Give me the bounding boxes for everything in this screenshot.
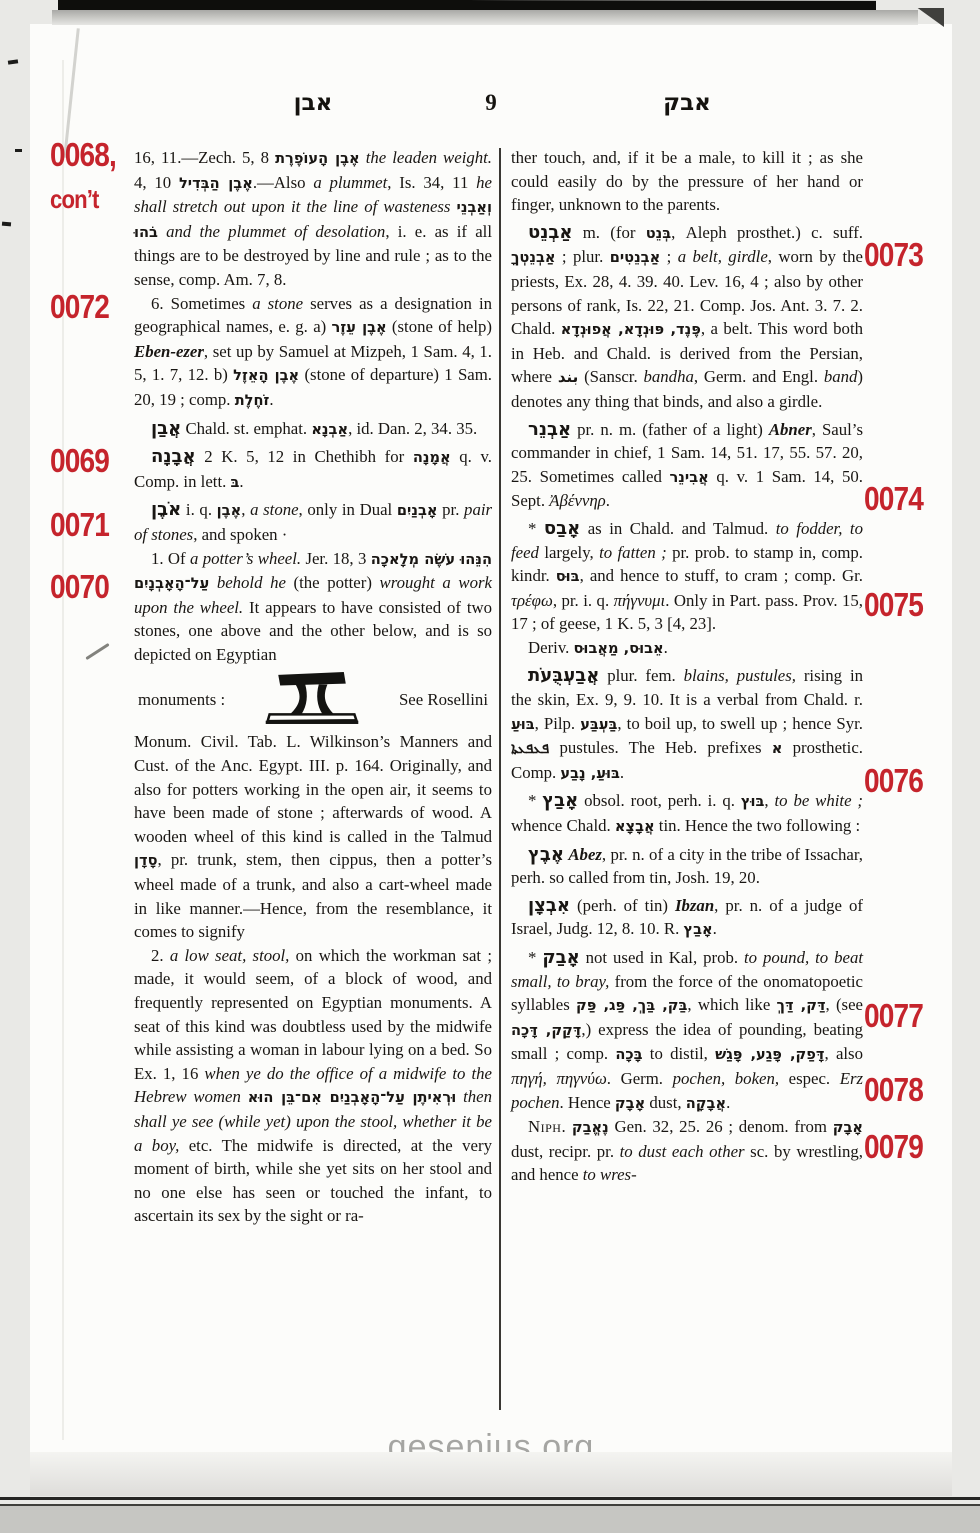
entry-0078: אִבְצָן (perh. of tin) Ibzan, pr. n. of … <box>511 894 863 942</box>
text-segment: Jer. 18, 3 <box>301 549 371 568</box>
text-segment: , Aleph prosthet.) c. suff. <box>671 223 863 242</box>
text-segment: to distil, <box>643 1044 716 1063</box>
text-segment: Niph. <box>528 1117 566 1136</box>
text-segment: , id. Dan. 2, 34. 35. <box>348 419 477 438</box>
hebrew-text: בַּק, בַּךְ, פַּג, פַּק <box>576 997 687 1014</box>
text-segment: to fatten ; <box>599 543 667 562</box>
hebrew-text: בַּעְבַּע <box>580 716 617 733</box>
text-segment: whence Chald. <box>511 816 615 835</box>
syriac-text: ܦܥܦܥܬܐ <box>511 739 549 757</box>
text-segment: blains, pustules, <box>684 666 796 685</box>
text-segment: pustules. The Heb. prefixes <box>549 738 771 757</box>
text-segment: a plummet <box>313 173 387 192</box>
text-segment: to dust each other <box>620 1142 745 1161</box>
text-segment: , pr. trunk, stem, then cippus, then a p… <box>134 850 492 941</box>
text-segment: i. q. <box>181 500 216 519</box>
hebrew-text: אָבָק <box>833 1119 863 1136</box>
hebrew-text: דָּקַק, דָּכָה <box>511 1022 581 1039</box>
hebrew-text: בּוּץ <box>741 793 765 810</box>
text-segment: .—Also <box>253 173 313 192</box>
text-segment: espec. <box>779 1069 840 1088</box>
hebrew-text: דָּפַק, פָּגַע, פָּגַשׁ <box>715 1046 824 1063</box>
text-segment: (Sanscr. <box>578 367 643 386</box>
text-segment: band <box>824 367 858 386</box>
figure-right-label: See Rosellini <box>399 688 488 712</box>
entry-0077: אֶבֶץ Abez, pr. n. of a city in the trib… <box>511 843 863 890</box>
niphal-paragraph: Niph. נֶאֱבַק Gen. 32, 25. 26 ; denom. f… <box>511 1115 863 1187</box>
hebrew-text: א <box>772 740 783 757</box>
hebrew-text: אֲבַעְבֻּעֹת <box>528 665 599 686</box>
entry-abats-root: * אָבַץ obsol. root, perh. i. q. בּוּץ, … <box>511 789 863 838</box>
hebrew-text: אַבְנֵטְךָ <box>511 249 555 266</box>
text-segment: ther touch, and, if it be a male, to kil… <box>511 148 863 214</box>
potters-wheel-references: Monum. Civil. Tab. L. Wilkinson’s Manner… <box>134 730 492 943</box>
arabic-text: بند <box>558 368 578 386</box>
text-segment: obsol. root, perh. i. q. <box>578 791 741 810</box>
text-segment: , only in Dual <box>299 500 397 519</box>
text-segment: , which like <box>687 995 776 1014</box>
text-segment: a stone <box>250 500 298 519</box>
left-text-column: 16, 11.—Zech. 5, 8 אֶבֶן הָעוֹפֶרֶת the … <box>134 146 492 1228</box>
margin-annotation-0069: 0069 <box>50 444 109 477</box>
entry-0070: אֹבֶן i. q. אֶבֶן, a stone, only in Dual… <box>134 498 492 546</box>
hebrew-text: אֶבֶן הָאֵזֶל <box>233 367 299 384</box>
text-segment: Abez <box>568 845 602 864</box>
text-segment: * <box>528 519 544 538</box>
hebrew-text: אֶבֶן <box>217 502 242 519</box>
hebrew-text: אֶבֶן עֵזֶר <box>332 319 387 336</box>
hebrew-text: אָבַץ <box>542 790 578 811</box>
text-segment: Ibzan <box>675 896 714 915</box>
hebrew-text: אָבְנַיִם <box>397 502 438 519</box>
sense-2-low-seat-stool: 2. a low seat, stool, on which the workm… <box>134 944 492 1228</box>
hebrew-text: אֲבָקָה <box>686 1095 726 1112</box>
greek-text: Ἀβέννηρ <box>549 491 606 510</box>
text-segment: . <box>726 1093 730 1112</box>
hebrew-text: דַּק, דַּךְ <box>777 997 826 1014</box>
column-divider-rule <box>499 148 501 1410</box>
running-head-right-keyword: אבק <box>511 90 863 116</box>
text-segment: pochen, boken, <box>673 1069 780 1088</box>
hebrew-text: בּוּס <box>556 568 580 585</box>
text-segment: , Is. 34, 11 <box>387 173 476 192</box>
entry-0075: * אָבַס as in Chald. and Talmud. to fodd… <box>511 517 863 636</box>
text-segment: a stone <box>252 294 303 313</box>
scan-artifact-bottom-rule <box>0 1497 980 1500</box>
greek-text: πηγή, πηγνύω <box>511 1069 607 1088</box>
text-segment: behold he <box>217 573 286 592</box>
text-segment: . <box>239 472 243 491</box>
text-segment: . <box>664 638 668 657</box>
text-segment: etc. The midwife is directed, at the ver… <box>134 1136 492 1226</box>
text-segment <box>241 1087 248 1106</box>
text-segment: pr. n. m. (father of a light) <box>571 420 769 439</box>
text-segment: , Germ. and Engl. <box>694 367 824 386</box>
margin-annotation-0076: 0076 <box>864 764 923 797</box>
text-segment: . <box>620 763 624 782</box>
margin-annotation-0074: 0074 <box>864 482 923 515</box>
hebrew-text: אַבְנֵטִים <box>610 249 661 266</box>
hebrew-text: אֲמָנָה <box>413 449 451 466</box>
margin-annotation-0078: 0078 <box>864 1073 923 1106</box>
text-segment: . Germ. <box>607 1069 673 1088</box>
left-column-lower-paragraphs: Monum. Civil. Tab. L. Wilkinson’s Manner… <box>134 730 492 1227</box>
text-segment: (stone of help) <box>387 317 492 336</box>
hebrew-text: אֶבֶן הַבְּדִיל <box>179 175 253 192</box>
entry-0076: אֲבַעְבֻּעֹת plur. fem. blains, pustules… <box>511 664 863 785</box>
text-segment: (the potter) <box>286 573 380 592</box>
scan-artifact-tick <box>8 59 18 64</box>
entry-0071: אֲבָנָה 2 K. 5, 12 in Chethibh for אֲמָנ… <box>134 445 492 494</box>
hebrew-text: אֶבֶן הָעוֹפֶרֶת <box>275 150 360 167</box>
hebrew-text: וּרְאִיתֶן עַל־הָאָבְנַיִם אִם־בֵּן הוּא <box>248 1089 457 1106</box>
margin-annotation-0075: 0075 <box>864 588 923 621</box>
text-segment: , also <box>824 1044 863 1063</box>
hebrew-text: אֵבוּס, מַאֲבוּס <box>574 640 664 657</box>
text-segment: . <box>606 491 610 510</box>
hebrew-text: זֹחֶלֶת <box>235 392 270 409</box>
hebrew-text: אֲבִינֵר <box>670 469 709 486</box>
text-segment: . <box>713 919 717 938</box>
text-segment: , <box>764 791 774 810</box>
hebrew-text: בְּנֵט <box>646 225 671 242</box>
margin-annotation-0071: 0071 <box>50 508 109 541</box>
text-segment: ; plur. <box>555 247 609 266</box>
right-column-paragraphs: ther touch, and, if it be a male, to kil… <box>511 146 863 1187</box>
hebrew-text: בּוּעַ, נָבַע <box>560 765 619 782</box>
greek-text: πήγνυμι <box>614 591 666 610</box>
left-annotation-rail: 0068,con’t0072006900710070 <box>50 0 170 1533</box>
entry-0073: אַבְנֵט m. (for בְּנֵט, Aleph prosthet.)… <box>511 221 863 414</box>
entry-0068-continuation: 16, 11.—Zech. 5, 8 אֶבֶן הָעוֹפֶרֶת the … <box>134 146 492 292</box>
text-segment: pr. <box>437 500 464 519</box>
text-segment: Monum. Civil. Tab. L. Wilkinson’s Manner… <box>134 732 492 845</box>
hebrew-text: אַבְנָא <box>311 421 348 438</box>
hebrew-text: נֶאֱבַק <box>572 1119 609 1136</box>
margin-annotation-0072: 0072 <box>50 290 109 323</box>
entry-0079: * אָבַק not used in Kal, prob. to pound,… <box>511 946 863 1115</box>
potters-wheel-figure-row: monuments : See Rosellini <box>134 672 492 726</box>
text-segment: dust, recipr. pr. <box>511 1142 620 1161</box>
hebrew-text: אָבַס <box>544 518 580 539</box>
hebrew-text: בָּכָה <box>615 1046 642 1063</box>
text-segment: on which the workman sat ; made, it woul… <box>134 946 492 1083</box>
text-segment: Chald. st. emphat. <box>181 419 311 438</box>
margin-annotation-cont: con’t <box>50 186 99 212</box>
text-segment: the leaden weight. <box>360 148 492 167</box>
hebrew-text: אָבַץ <box>683 921 712 938</box>
sense-6-geographical-names: 6. Sometimes a stone serves as a designa… <box>134 292 492 413</box>
text-segment: plur. fem. <box>599 666 683 685</box>
greek-text: τρέφω <box>511 591 553 610</box>
scan-artifact-top-band <box>52 10 918 25</box>
hebrew-text: אַבְנֵר <box>528 419 571 440</box>
text-segment: , pr. i. q. <box>553 591 614 610</box>
text-segment: a belt, girdle <box>678 247 768 266</box>
text-segment: to be white ; <box>775 791 864 810</box>
text-segment: largely, <box>539 543 599 562</box>
text-segment: a potter’s wheel. <box>190 549 301 568</box>
left-column-upper-paragraphs: 16, 11.—Zech. 5, 8 אֶבֶן הָעוֹפֶרֶת the … <box>134 146 492 666</box>
margin-annotation-0079: 0079 <box>864 1130 923 1163</box>
hebrew-text: פֶּנֶד, פּוּנְדָא, אֲפוּנְדָא <box>561 321 701 338</box>
right-annotation-rail: 0073007400750076007700780079 <box>864 0 980 1533</box>
margin-annotation-0068: 0068, <box>50 138 116 171</box>
hebrew-text: אֶבֶץ <box>528 844 564 865</box>
text-segment: , to boil up, to swell up ; hence Syr. <box>617 714 863 733</box>
text-segment: m. (for <box>572 223 645 242</box>
hebrew-text: אָבָק <box>615 1095 645 1112</box>
text-segment: and the plummet of desolation <box>158 222 385 241</box>
text-segment: Abner <box>769 420 812 439</box>
hebrew-text: אָבַק <box>542 947 579 968</box>
text-segment: to wres- <box>583 1165 637 1184</box>
text-segment: , and spoken · <box>193 525 287 544</box>
text-segment: , (see <box>826 995 863 1014</box>
text-segment <box>209 573 217 592</box>
margin-annotation-0077: 0077 <box>864 999 923 1032</box>
text-segment: * <box>528 948 542 967</box>
scan-artifact-tick <box>2 222 11 227</box>
scan-artifact-bottom-fade <box>30 1452 952 1496</box>
text-segment: a low seat, stool, <box>170 946 290 965</box>
deriv-line: Deriv. אֵבוּס, מַאֲבוּס. <box>511 636 863 661</box>
text-segment: Gen. 32, 25. 26 ; denom. from <box>609 1117 833 1136</box>
text-segment: * <box>528 791 542 810</box>
scan-artifact-bottom-band <box>0 1506 980 1533</box>
text-segment: bandha <box>644 367 694 386</box>
entry-0069: אֲבַן Chald. st. emphat. אַבְנָא, id. Da… <box>134 417 492 442</box>
hebrew-text: אִבְצָן <box>528 895 570 916</box>
carryover-text: ther touch, and, if it be a male, to kil… <box>511 146 863 217</box>
entry-0074: אַבְנֵר pr. n. m. (father of a light) Ab… <box>511 418 863 513</box>
text-segment: Deriv. <box>528 638 574 657</box>
hebrew-text: אַבְנֵט <box>528 222 572 243</box>
right-text-column: ther touch, and, if it be a male, to kil… <box>511 146 863 1187</box>
text-segment: , <box>241 500 250 519</box>
text-segment: . <box>269 390 273 409</box>
hebrew-text: אֲבָצָא <box>615 818 655 835</box>
text-segment: dust, <box>645 1093 686 1112</box>
text-segment: not used in Kal, prob. <box>580 948 744 967</box>
text-segment: tin. Hence the two following : <box>655 816 861 835</box>
scan-artifact-tick <box>15 149 22 152</box>
text-segment: , Pilp. <box>535 714 581 733</box>
text-segment: (perh. of tin) <box>570 896 675 915</box>
margin-annotation-0073: 0073 <box>864 238 923 271</box>
text-segment: ; <box>660 247 678 266</box>
sense-1-potters-wheel: 1. Of a potter’s wheel. Jer. 18, 3 הִנֵּ… <box>134 547 492 667</box>
text-segment: . Hence <box>559 1093 614 1112</box>
text-segment: 2 K. 5, 12 in Chethibh for <box>196 447 413 466</box>
text-segment: , and hence to stuff, to cram ; comp. Gr… <box>580 566 863 585</box>
text-segment: as in Chald. and Talmud. <box>580 519 775 538</box>
egyptian-potters-wheel-image <box>263 672 361 726</box>
margin-annotation-0070: 0070 <box>50 570 109 603</box>
hebrew-text: בּוּעַ <box>511 716 535 733</box>
